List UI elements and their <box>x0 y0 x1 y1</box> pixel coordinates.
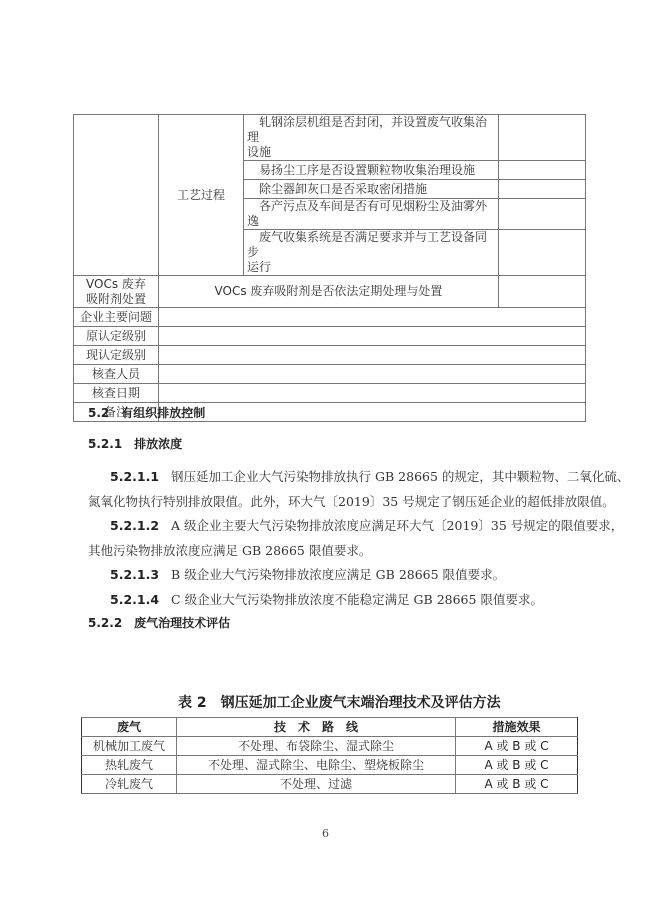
section-heading-5-2-2: 5.2.2废气治理技术评估 <box>88 614 230 631</box>
process-group-label: 工艺过程 <box>159 115 244 276</box>
clause-5-2-1-1-line2: 氮氧化物执行特别排放限值。此外，环大气〔2019〕35 号规定了钢压延企业的超低… <box>88 494 615 509</box>
info-value[interactable] <box>159 346 586 365</box>
table2-caption: 表 2 钢压延加工企业废气末端治理技术及评估方法 <box>178 692 501 712</box>
result-cell[interactable] <box>499 180 586 199</box>
cell-effect: A 或 B 或 C <box>456 775 578 794</box>
info-value[interactable] <box>159 384 586 403</box>
column-header: 措施效果 <box>456 718 578 737</box>
checklist-table: 工艺过程 轧钢涂层机组是否封闭，并设置废气收集治理设施 易扬尘工序是否设置颗粒物… <box>73 114 586 422</box>
cell-gas-type: 热轧废气 <box>82 756 177 775</box>
table-row: 企业主要问题 <box>74 308 586 327</box>
info-label: 核查人员 <box>74 365 159 384</box>
page-number: 6 <box>322 827 329 840</box>
check-item: 废气收集系统是否满足要求并与工艺设备同步运行 <box>244 230 499 276</box>
result-cell[interactable] <box>499 276 586 308</box>
table2: 废气 技 术 路 线 措施效果 机械加工废气 不处理、布袋除尘、湿式除尘 A 或… <box>81 717 578 794</box>
vocs-check-item: VOCs 废弃吸附剂是否依法定期处理与处置 <box>159 276 499 308</box>
result-cell[interactable] <box>499 199 586 230</box>
section-heading-5-2: 5.2有组织排放控制 <box>88 404 205 421</box>
table-header-row: 废气 技 术 路 线 措施效果 <box>82 718 578 737</box>
vocs-label: VOCs 废弃吸附剂处置 <box>74 276 159 308</box>
table-row: 核查人员 <box>74 365 586 384</box>
info-value[interactable] <box>159 403 586 422</box>
cell-effect: A 或 B 或 C <box>456 756 578 775</box>
table-row: 核查日期 <box>74 384 586 403</box>
table-row: 机械加工废气 不处理、布袋除尘、湿式除尘 A 或 B 或 C <box>82 737 578 756</box>
check-item: 除尘器卸灰口是否采取密闭措施 <box>244 180 499 199</box>
clause-5-2-1-2-line2: 其他污染物排放浓度应满足 GB 28665 限值要求。 <box>88 543 371 558</box>
info-label: 核查日期 <box>74 384 159 403</box>
check-item: 易扬尘工序是否设置颗粒物收集治理设施 <box>244 161 499 180</box>
table-row: 现认定级别 <box>74 346 586 365</box>
check-item: 轧钢涂层机组是否封闭，并设置废气收集治理设施 <box>244 115 499 161</box>
check-item: 各产污点及车间是否有可见烟粉尘及油雾外逸 <box>244 199 499 230</box>
cell-gas-type: 冷轧废气 <box>82 775 177 794</box>
section-heading-5-2-1: 5.2.1排放浓度 <box>88 435 182 452</box>
info-value[interactable] <box>159 327 586 346</box>
cell-effect: A 或 B 或 C <box>456 737 578 756</box>
category-cell-empty <box>74 115 159 276</box>
cell-tech-route: 不处理、布袋除尘、湿式除尘 <box>177 737 456 756</box>
clause-5-2-1-3: 5.2.1.3B 级企业大气污染物排放浓度应满足 GB 28665 限值要求。 <box>110 567 505 582</box>
info-label: 原认定级别 <box>74 327 159 346</box>
clause-5-2-1-4: 5.2.1.4C 级企业大气污染物排放浓度不能稳定满足 GB 28665 限值要… <box>110 592 543 607</box>
column-header: 技 术 路 线 <box>177 718 456 737</box>
column-header: 废气 <box>82 718 177 737</box>
cell-tech-route: 不处理、过滤 <box>177 775 456 794</box>
cell-gas-type: 机械加工废气 <box>82 737 177 756</box>
table-row: VOCs 废弃吸附剂处置 VOCs 废弃吸附剂是否依法定期处理与处置 <box>74 276 586 308</box>
result-cell[interactable] <box>499 115 586 161</box>
table-row: 冷轧废气 不处理、过滤 A 或 B 或 C <box>82 775 578 794</box>
clause-5-2-1-2-line1: 5.2.1.2A 级企业主要大气污染物排放浓度应满足环大气〔2019〕35 号规… <box>110 518 623 533</box>
result-cell[interactable] <box>499 230 586 276</box>
info-value[interactable] <box>159 308 586 327</box>
table-row: 原认定级别 <box>74 327 586 346</box>
info-label: 现认定级别 <box>74 346 159 365</box>
table-row: 热轧废气 不处理、湿式除尘、电除尘、塑烧板除尘 A 或 B 或 C <box>82 756 578 775</box>
clause-5-2-1-1-line1: 5.2.1.1钢压延加工企业大气污染物排放执行 GB 28665 的规定，其中颗… <box>110 469 629 484</box>
result-cell[interactable] <box>499 161 586 180</box>
table-row: 工艺过程 轧钢涂层机组是否封闭，并设置废气收集治理设施 <box>74 115 586 161</box>
info-value[interactable] <box>159 365 586 384</box>
cell-tech-route: 不处理、湿式除尘、电除尘、塑烧板除尘 <box>177 756 456 775</box>
info-label: 企业主要问题 <box>74 308 159 327</box>
